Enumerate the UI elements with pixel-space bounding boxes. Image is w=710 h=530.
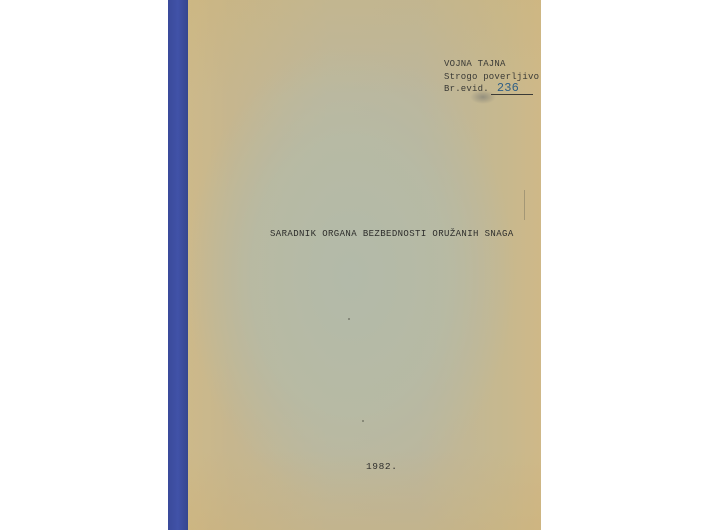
evidence-label: Br.evid. [444, 84, 489, 94]
paper-speck [362, 420, 364, 422]
evidence-number-line: Br.evid.236 [444, 83, 539, 96]
document-year: 1982. [366, 461, 398, 472]
cover-paper: VOJNA TAJNA Strogo poverljivo Br.evid.23… [188, 0, 541, 530]
document-cover: VOJNA TAJNA Strogo poverljivo Br.evid.23… [168, 0, 541, 530]
classification-level: VOJNA TAJNA [444, 58, 539, 71]
paper-speck [348, 318, 350, 320]
classification-block: VOJNA TAJNA Strogo poverljivo Br.evid.23… [444, 58, 539, 96]
evidence-number: 236 [491, 83, 533, 95]
paper-crease [524, 190, 525, 220]
document-title: SARADNIK ORGANA BEZBEDNOSTI ORUŽANIH SNA… [270, 229, 514, 239]
blue-binding-strip [168, 0, 188, 530]
classification-subtitle: Strogo poverljivo [444, 71, 539, 84]
